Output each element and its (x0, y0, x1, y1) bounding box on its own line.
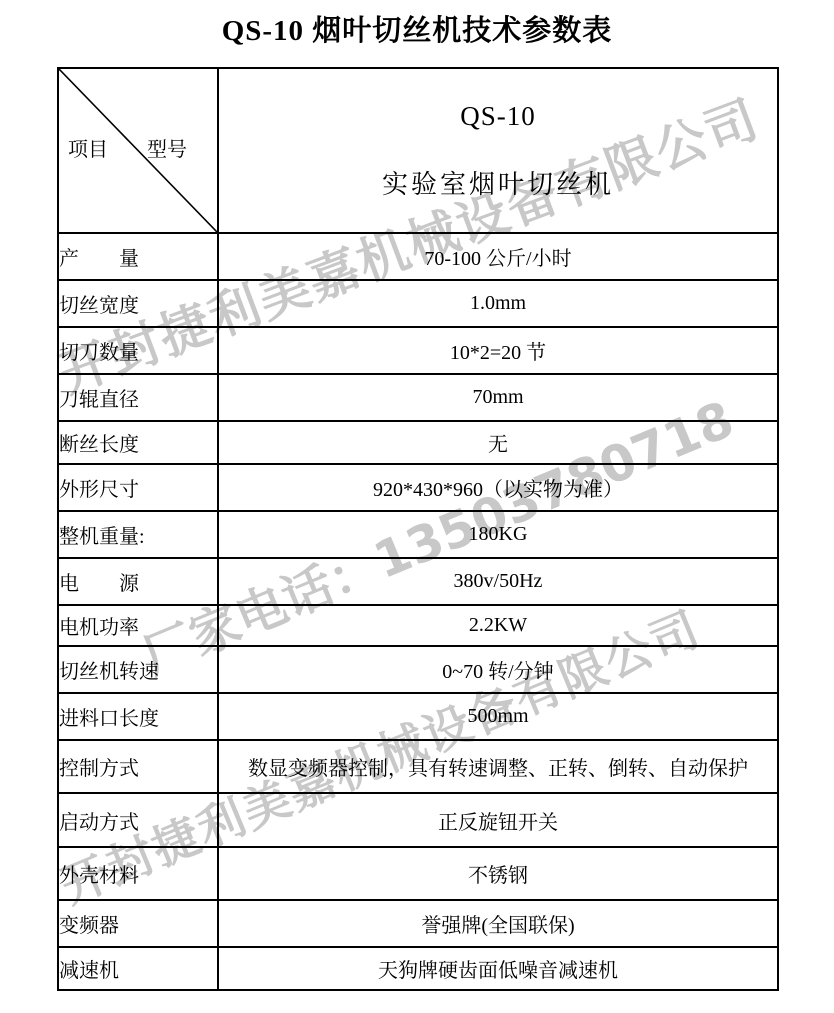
spec-sheet-page: { "page": { "title": "QS-10 烟叶切丝机技术参数表" … (0, 0, 834, 1013)
row-value: 180KG (218, 511, 778, 558)
table-row-output: 产 量 70-100 公斤/小时 (58, 233, 778, 280)
table-row-motor-power: 电机功率 2.2KW (58, 605, 778, 646)
model-name: 实验室烟叶切丝机 (219, 164, 777, 201)
row-label: 外壳材料 (58, 847, 218, 900)
row-label: 电 源 (58, 558, 218, 605)
row-value: 正反旋钮开关 (218, 793, 778, 847)
row-label: 切丝宽度 (58, 280, 218, 327)
row-value: 0~70 转/分钟 (218, 646, 778, 693)
row-label: 刀辊直径 (58, 374, 218, 421)
row-value: 1.0mm (218, 280, 778, 327)
row-label: 断丝长度 (58, 421, 218, 464)
row-value: 不锈钢 (218, 847, 778, 900)
row-label: 切丝机转速 (58, 646, 218, 693)
row-label: 整机重量: (58, 511, 218, 558)
spec-table: 项目 型号 QS-10 实验室烟叶切丝机 产 量 70-100 公斤/小时 切丝… (57, 67, 779, 991)
header-model-cell: QS-10 实验室烟叶切丝机 (218, 68, 778, 233)
row-label: 外形尺寸 (58, 464, 218, 511)
table-row-dimensions: 外形尺寸 920*430*960（以实物为准） (58, 464, 778, 511)
table-row-blade-count: 切刀数量 10*2=20 节 (58, 327, 778, 374)
row-label: 产 量 (58, 233, 218, 280)
row-label: 控制方式 (58, 740, 218, 793)
table-row-start-method: 启动方式 正反旋钮开关 (58, 793, 778, 847)
row-value: 10*2=20 节 (218, 327, 778, 374)
table-row-power-supply: 电 源 380v/50Hz (58, 558, 778, 605)
row-value: 920*430*960（以实物为准） (218, 464, 778, 511)
row-label: 电机功率 (58, 605, 218, 646)
row-value: 70mm (218, 374, 778, 421)
page-title: QS-10 烟叶切丝机技术参数表 (0, 8, 834, 49)
table-row-inverter: 变频器 誉强牌(全国联保) (58, 900, 778, 947)
row-value: 无 (218, 421, 778, 464)
table-row-cut-width: 切丝宽度 1.0mm (58, 280, 778, 327)
corner-item-label: 项目 (68, 139, 108, 161)
header-corner-cell: 项目 型号 (58, 68, 218, 233)
model-code: QS-10 (219, 101, 777, 132)
table-row-strand-length: 断丝长度 无 (58, 421, 778, 464)
row-value: 天狗牌硬齿面低噪音减速机 (218, 947, 778, 990)
table-row-shell-material: 外壳材料 不锈钢 (58, 847, 778, 900)
row-label: 切刀数量 (58, 327, 218, 374)
row-label: 进料口长度 (58, 693, 218, 740)
row-value: 500mm (218, 693, 778, 740)
table-row-control-method: 控制方式 数显变频器控制，具有转速调整、正转、倒转、自动保护 (58, 740, 778, 793)
row-label: 启动方式 (58, 793, 218, 847)
row-label: 变频器 (58, 900, 218, 947)
table-row-reducer: 减速机 天狗牌硬齿面低噪音减速机 (58, 947, 778, 990)
header-row: 项目 型号 QS-10 实验室烟叶切丝机 (58, 68, 778, 233)
row-label: 减速机 (58, 947, 218, 990)
table-row-rotation-speed: 切丝机转速 0~70 转/分钟 (58, 646, 778, 693)
corner-model-label: 型号 (147, 139, 187, 161)
row-value: 数显变频器控制，具有转速调整、正转、倒转、自动保护 (218, 740, 778, 793)
row-value: 誉强牌(全国联保) (218, 900, 778, 947)
row-value: 70-100 公斤/小时 (218, 233, 778, 280)
row-value: 380v/50Hz (218, 558, 778, 605)
table-row-weight: 整机重量: 180KG (58, 511, 778, 558)
table-row-inlet-length: 进料口长度 500mm (58, 693, 778, 740)
table-row-roller-diameter: 刀辊直径 70mm (58, 374, 778, 421)
row-value: 2.2KW (218, 605, 778, 646)
